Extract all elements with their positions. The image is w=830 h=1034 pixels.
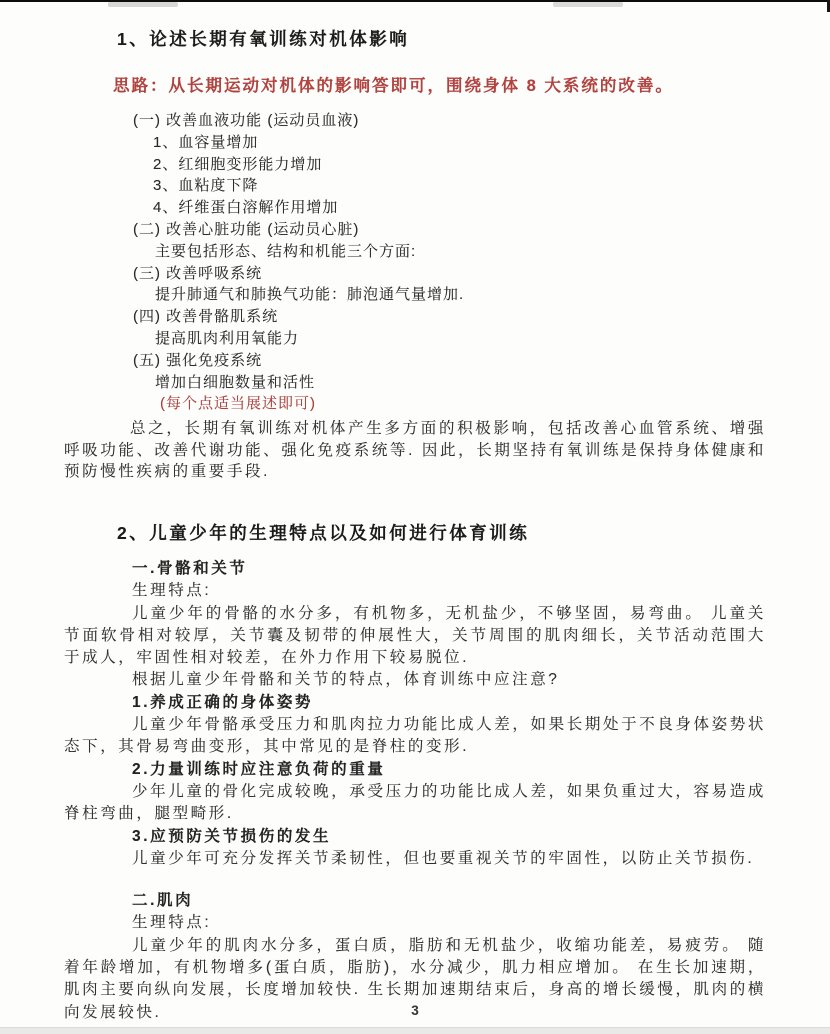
answer-outline: (一) 改善血液功能 (运动员血液) 1、血容量增加 2、红细胞变形能力增加 3… xyxy=(64,110,766,415)
question-2-heading: 2、儿童少年的生理特点以及如何进行体育训练 xyxy=(117,520,766,545)
summary-paragraph: 总之，长期有氧训练对机体产生多方面的积极影响，包括改善心血管系统、增强呼吸功能、… xyxy=(64,418,766,483)
physio-label: 生理特点: xyxy=(64,580,766,602)
page-number: 3 xyxy=(0,1003,830,1018)
question-1-heading: 1、论述长期有氧训练对机体影响 xyxy=(117,26,766,51)
document-content: 1、论述长期有氧训练对机体影响 思路：从长期运动对机体的影响答即可，围绕身体 8… xyxy=(64,26,766,1024)
body-paragraph: 少年儿童的骨化完成较晚，承受压力的功能比成人差，如果负重过大，容易造成脊柱弯曲，… xyxy=(64,781,766,826)
outline-line: 增加白细胞数量和活性 xyxy=(64,372,766,394)
document-page: 1、论述长期有氧训练对机体影响 思路：从长期运动对机体的影响答即可，围绕身体 8… xyxy=(0,0,830,1034)
lead-question: 根据儿童少年骨骼和关节的特点，体育训练中应注意? xyxy=(64,669,766,691)
body-paragraph: 儿童少年的骨骼的水分多，有机物多，无机盐少，不够坚固，易弯曲。 儿童关节面软骨相… xyxy=(64,603,766,670)
answer-hint: 思路：从长期运动对机体的影响答即可，围绕身体 8 大系统的改善。 xyxy=(113,72,766,96)
subsection-heading: 二.肌肉 xyxy=(64,890,766,912)
tip-heading: 2.力量训练时应注意负荷的重量 xyxy=(64,759,766,781)
tip-heading: 3.应预防关节损伤的发生 xyxy=(64,826,766,848)
physio-label: 生理特点: xyxy=(64,912,766,934)
outline-line: 主要包括形态、结构和机能三个方面: xyxy=(64,241,766,263)
outline-line: (五) 强化免疫系统 xyxy=(64,350,766,372)
tip-heading: 1.养成正确的身体姿势 xyxy=(64,692,766,714)
outline-line: 1、血容量增加 xyxy=(64,132,766,154)
outline-line: 提高肌肉利用氧能力 xyxy=(64,328,766,350)
section-gap xyxy=(64,870,766,890)
subsection-heading: 一.骨骼和关节 xyxy=(64,558,766,580)
scan-edge-bottom xyxy=(0,1027,830,1034)
outline-line: (三) 改善呼吸系统 xyxy=(64,263,766,285)
outline-line: 3、血粘度下降 xyxy=(64,175,766,197)
outline-line: (二) 改善心脏功能 (运动员心脏) xyxy=(64,219,766,241)
outline-line: (四) 改善骨骼肌系统 xyxy=(64,306,766,328)
body-paragraph: 儿童少年可充分发挥关节柔韧性，但也要重视关节的牢固性，以防止关节损伤. xyxy=(64,848,766,870)
outline-red-note: (每个点适当展述即可) xyxy=(64,393,766,415)
outline-line: 提升肺通气和肺换气功能：肺泡通气量增加. xyxy=(64,284,766,306)
outline-line: 2、红细胞变形能力增加 xyxy=(64,154,766,176)
scan-artifact-right xyxy=(553,2,623,7)
outline-line: 4、纤维蛋白溶解作用增加 xyxy=(64,197,766,219)
question-2-body: 一.骨骼和关节 生理特点: 儿童少年的骨骼的水分多，有机物多，无机盐少，不够坚固… xyxy=(64,558,766,1024)
outline-line: (一) 改善血液功能 (运动员血液) xyxy=(64,110,766,132)
scan-artifact-left xyxy=(108,2,178,7)
body-paragraph: 儿童少年骨骼承受压力和肌肉拉力功能比成人差，如果长期处于不良身体姿势状态下，其骨… xyxy=(64,714,766,759)
